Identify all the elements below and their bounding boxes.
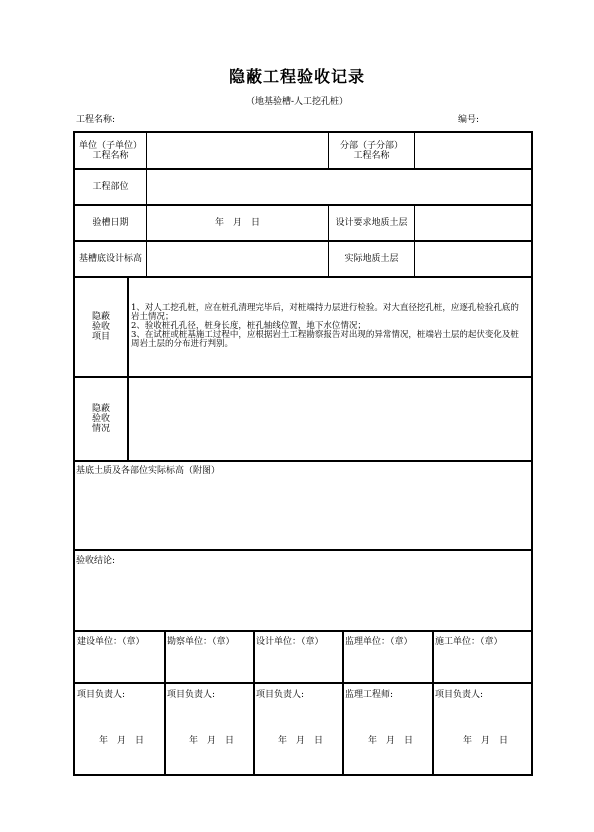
conclusion-label: 验收结论:: [76, 556, 526, 568]
construction-unit-label: 建设单位：（章）: [77, 637, 163, 647]
actual-soil-field[interactable]: [415, 242, 531, 276]
page-title: 隐蔽工程验收记录: [0, 64, 594, 87]
survey-unit-label: 勘察单位：（章）: [167, 637, 253, 647]
row-divider: [73, 460, 533, 462]
design-date[interactable]: 年 月 日: [278, 736, 342, 746]
unit-project-name-field[interactable]: [147, 133, 328, 168]
supervision-date[interactable]: 年 月 日: [368, 736, 432, 746]
construction-person-label: 项目负责人:: [77, 690, 163, 700]
construction-date[interactable]: 年 月 日: [99, 736, 163, 746]
soil-elevation-field[interactable]: [75, 480, 531, 548]
supervision-engineer-label: 监理工程师:: [345, 690, 431, 700]
hidden-status-field[interactable]: [129, 378, 531, 460]
label-line: 验收: [92, 322, 110, 332]
label-line: 情况: [92, 424, 110, 434]
supervision-unit-label: 监理单位：（章）: [345, 637, 431, 647]
hidden-items-text: 1、对人工挖孔桩，应在桩孔清理完毕后，对桩端持力层进行检验。对大直径挖孔桩，应逐…: [131, 304, 527, 349]
hidden-status-label: 隐蔽 验收 情况: [75, 378, 127, 460]
page-subtitle: （地基验槽-人工挖孔桩）: [0, 94, 594, 107]
location-label: 工程部位: [75, 170, 146, 204]
label-line: 工程名称: [92, 151, 128, 161]
design-person-label: 项目负责人:: [256, 690, 342, 700]
design-soil-label: 设计要求地质土层: [329, 206, 414, 240]
label-line: 单位（子单位）: [79, 141, 142, 151]
table-border-right: [531, 131, 533, 776]
sub-project-name-label: 分部（子分部） 工程名称: [329, 133, 414, 168]
inspection-date-field[interactable]: 年 月 日: [147, 206, 328, 240]
item-1: 1、对人工挖孔桩，应在桩孔清理完毕后，对桩端持力层进行检验。对大直径挖孔桩，应逐…: [131, 304, 527, 322]
survey-person-label: 项目负责人:: [167, 690, 253, 700]
soil-elevation-label: 基底土质及各部位实际标高（附图）: [76, 466, 526, 478]
col-divider: [253, 630, 255, 775]
conclusion-field[interactable]: [75, 570, 531, 629]
row-divider: [73, 549, 533, 551]
col-divider: [342, 630, 344, 775]
base-elevation-field[interactable]: [147, 242, 328, 276]
label-line: 工程名称: [353, 151, 389, 161]
contractor-date[interactable]: 年 月 日: [463, 736, 527, 746]
table-border-bottom: [73, 774, 533, 776]
base-elevation-label: 基槽底设计标高: [75, 242, 146, 276]
sub-project-name-field[interactable]: [415, 133, 531, 168]
project-name-label: 工程名称:: [76, 112, 115, 125]
item-3: 3、在试桩或桩基施工过程中，应根据岩土工程勘察报告对出现的异常情况，桩端岩土层的…: [131, 331, 527, 349]
label-line: 隐蔽: [92, 404, 110, 414]
contractor-person-label: 项目负责人:: [435, 690, 531, 700]
code-label: 编号:: [458, 112, 479, 125]
contractor-unit-label: 施工单位：（章）: [435, 637, 531, 647]
design-soil-field[interactable]: [415, 206, 531, 240]
hidden-items-label: 隐蔽 验收 项目: [75, 278, 127, 376]
unit-project-name-label: 单位（子单位） 工程名称: [75, 133, 146, 168]
label-line: 分部（子分部）: [340, 141, 403, 151]
row-divider: [73, 630, 533, 632]
label-line: 隐蔽: [92, 312, 110, 322]
survey-date[interactable]: 年 月 日: [189, 736, 253, 746]
col-divider: [164, 630, 166, 775]
label-line: 项目: [92, 332, 110, 342]
design-unit-label: 设计单位：（章）: [256, 637, 342, 647]
location-field[interactable]: [147, 170, 531, 204]
col-divider: [432, 630, 434, 775]
inspection-date-label: 验槽日期: [75, 206, 146, 240]
row-divider: [73, 276, 533, 278]
row-divider: [73, 682, 533, 684]
actual-soil-label: 实际地质土层: [329, 242, 414, 276]
label-line: 验收: [92, 414, 110, 424]
